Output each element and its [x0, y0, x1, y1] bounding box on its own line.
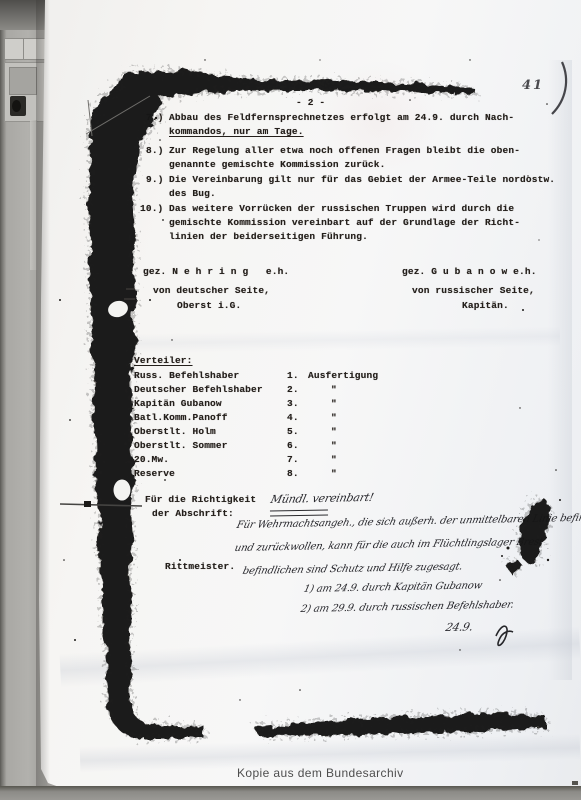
verteiler-label: Russ. Befehlshaber — [134, 370, 239, 382]
copier-slot-shadow — [12, 100, 21, 112]
verteiler-label: Oberstlt. Sommer — [134, 440, 228, 452]
handwritten-heading: Mündl. vereinbart! — [269, 492, 374, 506]
verteiler-num: 8. — [287, 468, 299, 480]
item-8-number: 8.) — [146, 145, 164, 157]
verteiler-copy: " — [331, 468, 337, 480]
verteiler-label: Batl.Komm.Panoff — [134, 412, 228, 424]
certification-signoff: Rittmeister. — [165, 561, 235, 573]
verteiler-num: 1. — [287, 370, 299, 382]
verteiler-copy: Ausfertigung — [308, 370, 378, 382]
handwritten-heading-underline — [270, 509, 328, 516]
verteiler-copy: " — [331, 384, 337, 396]
scanned-document-page: - 2 - 7.) Abbau des Feldfernsprechnetzes… — [0, 0, 581, 800]
archive-caption: Kopie aus dem Bundesarchiv — [237, 766, 404, 780]
verteiler-label: Deutscher Befehlshaber — [134, 384, 263, 396]
item-9-line: des Bug. — [169, 188, 216, 200]
certification-line: Für die Richtigkeit — [145, 494, 256, 506]
item-7-number: 7.) — [146, 112, 164, 124]
item-9-number: 9.) — [146, 174, 164, 186]
verteiler-num: 2. — [287, 384, 299, 396]
verteiler-copy: " — [331, 398, 337, 410]
verteiler-num: 4. — [287, 412, 299, 424]
item-10-line: linien der beiderseitigen Führung. — [169, 231, 368, 243]
item-10-line: Das weitere Vorrücken der russischen Tru… — [169, 203, 514, 215]
signature-right-rank: Kapitän. — [462, 300, 509, 312]
certification-line: der Abschrift: — [152, 508, 234, 520]
page-number: - 2 - — [296, 97, 325, 109]
verteiler-copy: " — [331, 412, 337, 424]
copier-slot — [10, 96, 26, 116]
verteiler-label: Oberstlt. Holm — [134, 426, 216, 438]
panel-seam — [23, 39, 24, 59]
signature-left-role: von deutscher Seite, — [153, 285, 270, 297]
verteiler-heading: Verteiler: — [134, 355, 193, 367]
signature-right-role: von russischer Seite, — [412, 285, 535, 297]
scanner-bottom-strip — [0, 786, 581, 800]
pencil-page-mark: 41 — [522, 78, 544, 93]
copier-module-inset — [9, 67, 37, 95]
verteiler-label: Kapitän Gubanow — [134, 398, 222, 410]
paper-edge-shadow — [36, 0, 50, 790]
verteiler-copy: " — [331, 426, 337, 438]
verteiler-num: 7. — [287, 454, 299, 466]
verteiler-copy: " — [331, 440, 337, 452]
item-8-line: Zur Regelung aller etwa noch offenen Fra… — [169, 145, 520, 157]
verteiler-label: Reserve — [134, 468, 175, 480]
verteiler-num: 5. — [287, 426, 299, 438]
item-8-line: genannte gemischte Kommission zurück. — [169, 159, 385, 171]
verteiler-copy: " — [331, 454, 337, 466]
item-10-number: 10.) — [140, 203, 163, 215]
signature-right-name: gez. G u b a n o w e.h. — [402, 266, 537, 278]
verteiler-num: 3. — [287, 398, 299, 410]
item-7-line: kommandos, nur am Tage. — [169, 126, 304, 138]
verteiler-num: 6. — [287, 440, 299, 452]
signature-left-rank: Oberst i.G. — [177, 300, 241, 312]
signature-left-name: gez. N e h r i n g e.h. — [143, 266, 289, 278]
verteiler-label: 20.Mw. — [134, 454, 169, 466]
handwritten-date: 24.9. — [444, 621, 474, 634]
item-9-line: Die Vereinbarung gilt nur für das Gebiet… — [169, 174, 555, 186]
item-7-line: Abbau des Feldfernsprechnetzes erfolgt a… — [169, 112, 514, 124]
item-10-line: gemischte Kommission vereinbart auf der … — [169, 217, 520, 229]
